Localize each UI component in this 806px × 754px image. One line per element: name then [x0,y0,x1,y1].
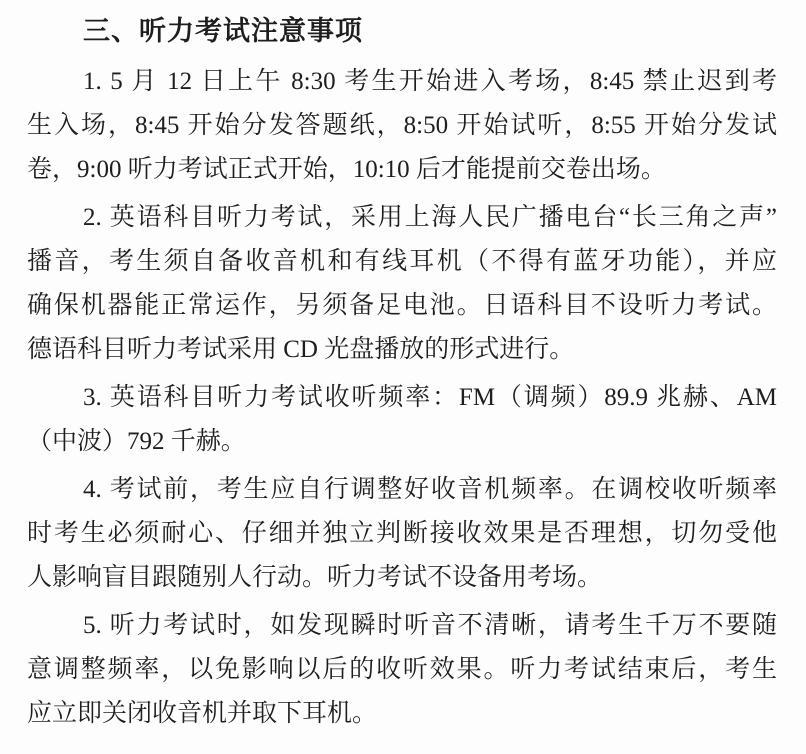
paragraph-5: 5. 听力考试时，如发现瞬时听音不清晰，请考生千万不要随 意调整频率，以免影响以… [27,604,777,736]
paragraph-line: 1. 5 月 12 日上午 8:30 考生开始进入考场，8:45 禁止迟到考 [27,60,777,104]
paragraph-line: 3. 英语科目听力考试收听频率：FM（调频）89.9 兆赫、AM [27,376,777,420]
paragraph-line: 意调整频率，以免影响以后的收听效果。听力考试结束后，考生 [27,648,777,692]
paragraph-line: 5. 听力考试时，如发现瞬时听音不清晰，请考生千万不要随 [27,604,777,648]
paragraph-line: 2. 英语科目听力考试，采用上海人民广播电台“长三角之声” [27,196,777,240]
paragraph-line: 播音，考生须自备收音机和有线耳机（不得有蓝牙功能），并应 [27,240,777,284]
paragraph-2: 2. 英语科目听力考试，采用上海人民广播电台“长三角之声” 播音，考生须自备收音… [27,196,777,372]
paragraph-line: 确保机器能正常运作，另须备足电池。日语科目不设听力考试。 [27,284,777,328]
paragraph-line: （中波）792 千赫。 [27,420,777,464]
paragraph-line: 人影响盲目跟随别人行动。听力考试不设备用考场。 [27,556,777,600]
document-title: 三、听力考试注意事项 [27,9,777,53]
paragraph-line: 生入场，8:45 开始分发答题纸，8:50 开始试听，8:55 开始分发试 [27,104,777,148]
paragraph-line: 4. 考试前，考生应自行调整好收音机频率。在调校收听频率 [27,468,777,512]
paragraph-3: 3. 英语科目听力考试收听频率：FM（调频）89.9 兆赫、AM （中波）792… [27,376,777,464]
paragraph-line: 应立即关闭收音机并取下耳机。 [27,692,777,736]
document-page: 三、听力考试注意事项 1. 5 月 12 日上午 8:30 考生开始进入考场，8… [0,0,806,754]
paragraph-4: 4. 考试前，考生应自行调整好收音机频率。在调校收听频率 时考生必须耐心、仔细并… [27,468,777,600]
paragraph-1: 1. 5 月 12 日上午 8:30 考生开始进入考场，8:45 禁止迟到考 生… [27,60,777,192]
paragraph-line: 德语科目听力考试采用 CD 光盘播放的形式进行。 [27,328,777,372]
paragraph-line: 卷，9:00 听力考试正式开始，10:10 后才能提前交卷出场。 [27,148,777,192]
paragraph-line: 时考生必须耐心、仔细并独立判断接收效果是否理想，切勿受他 [27,512,777,556]
